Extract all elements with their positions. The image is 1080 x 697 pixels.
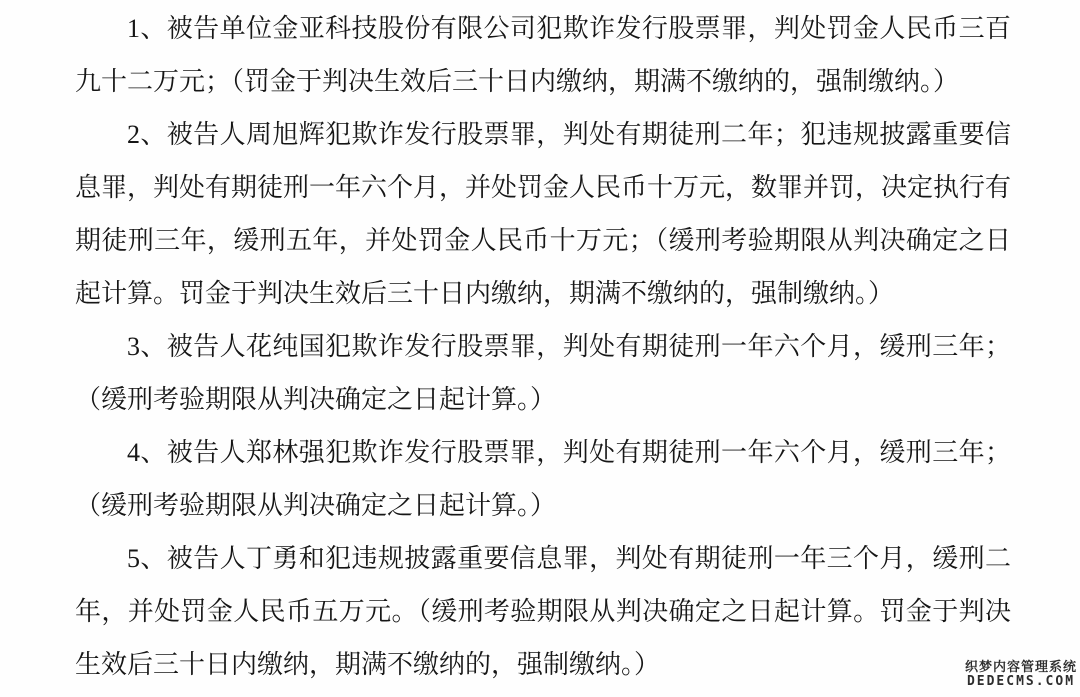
dedecms-watermark: 织梦内容管理系统 DEDECMS.COM — [965, 660, 1077, 689]
judgment-item-3: 3、被告人花纯国犯欺诈发行股票罪，判处有期徒刑一年六个月，缓刑三年；（缓刑考验期… — [75, 320, 1011, 426]
judgment-item-4: 4、被告人郑林强犯欺诈发行股票罪，判处有期徒刑一年六个月，缓刑三年；（缓刑考验期… — [75, 426, 1011, 532]
judgment-text-block: 1、被告单位金亚科技股份有限公司犯欺诈发行股票罪，判处罚金人民币三百九十二万元；… — [75, 2, 1011, 691]
watermark-text-en: DEDECMS.COM — [965, 675, 1077, 689]
judgment-item-2: 2、被告人周旭辉犯欺诈发行股票罪，判处有期徒刑二年；犯违规披露重要信息罪，判处有… — [75, 108, 1011, 320]
document-page: 1、被告单位金亚科技股份有限公司犯欺诈发行股票罪，判处罚金人民币三百九十二万元；… — [0, 0, 1080, 697]
judgment-item-5: 5、被告人丁勇和犯违规披露重要信息罪，判处有期徒刑一年三个月，缓刑二年，并处罚金… — [75, 532, 1011, 691]
judgment-item-1: 1、被告单位金亚科技股份有限公司犯欺诈发行股票罪，判处罚金人民币三百九十二万元；… — [75, 2, 1011, 108]
watermark-text-cn: 织梦内容管理系统 — [965, 660, 1077, 674]
